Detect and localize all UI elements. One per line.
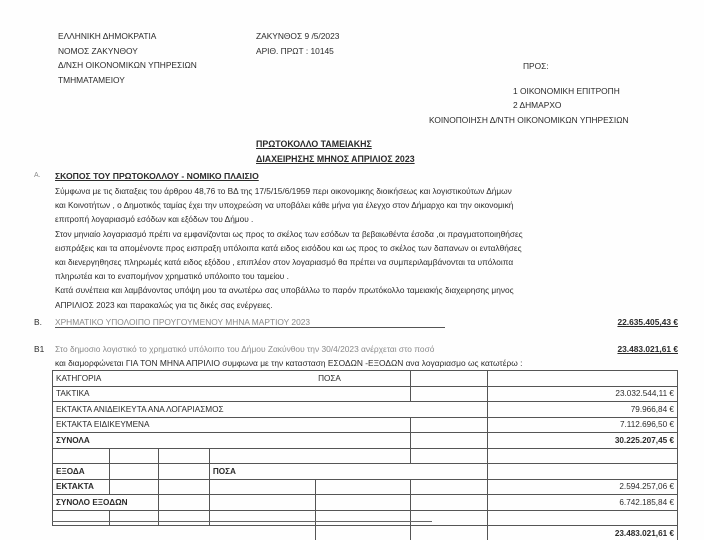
expense-amount-header: ΠΟΣΑ: [209, 464, 487, 480]
expense-total-amount: 6.742.185,84 €: [488, 495, 678, 511]
amount-cell: 7.112.696,50 €: [488, 417, 678, 433]
paragraph-line: Στον μηνιαίο λογαριασμό πρέπι να εμφανίζ…: [55, 227, 523, 241]
cc-recipient: ΚΟΙΝΟΠΟΙΗΣΗ Δ/ΝΤΗ ΟΙΚΟΝΟΜΙΚΩΝ ΥΠΗΡΕΣΙΩΝ: [429, 115, 629, 125]
paragraph-line: και διενεργηθησες πληρωμές κατά ειδος εξ…: [55, 255, 523, 269]
category-header: ΚΑΤΗΓΟΡΙΑ: [53, 371, 316, 387]
recipient-item: 2 ΔΗΜΑΡΧΟ: [513, 100, 561, 110]
section-a-paragraph: Σύμφωνα με τις διαταξεις του άρθρου 48,7…: [55, 184, 523, 312]
section-b1-line2: και διαμορφώνεται ΓΙΑ ΤΟΝ ΜΗΝΑ ΑΠΡΙΛΙΟ σ…: [55, 358, 522, 368]
table-total-row: ΣΥΝΟΛΑ 30.225.207,45 €: [53, 433, 678, 449]
expense-total-label: ΣΥΝΟΛΟ ΕΞΟΔΩΝ: [53, 495, 159, 511]
title-line: ΠΡΩΤΟΚΟΛΛΟ ΤΑΜΕΙΑΚΗΣ: [256, 137, 415, 152]
section-b-label: ΧΡΗΜΑΤΙΚΟ ΥΠΟΛΟΙΠΟ ΠΡΟΥΓΟΥΜΕΝΟΥ ΜΗΝΑ ΜΑΡ…: [55, 317, 445, 328]
category-cell: ΕΚΤΑΚΤΑ ΕΙΔΙΚΕΥΜΕΝΑ: [53, 417, 411, 433]
table-total-row: ΣΥΝΟΛΟ ΕΞΟΔΩΝ 6.742.185,84 €: [53, 495, 678, 511]
previous-balance-amount: 22.635.405,43 €: [617, 317, 678, 327]
table-row: ΕΚΤΑΚΤΑ 2.594.257,06 €: [53, 479, 678, 495]
section-b1-marker: Β1: [34, 344, 44, 354]
section-b1-line1: Στο δημοσιο λογιστικό το χρηματικό υπόλο…: [55, 344, 434, 354]
recipients-label: ΠΡΟΣ:: [523, 61, 549, 71]
total-label: ΣΥΝΟΛΑ: [53, 433, 411, 449]
paragraph-line: Σύμφωνα με τις διαταξεις του άρθρου 48,7…: [55, 184, 523, 198]
document-meta: ΖΑΚΥΝΘΟΣ 9 /5/2023 ΑΡΙΘ. ΠΡΩΤ : 10145: [256, 29, 339, 58]
expense-category-header: ΕΞΟΔΑ: [53, 464, 110, 480]
title-line: ΔΙΑΧΕΙΡΗΣΗΣ ΜΗΝΟΣ ΑΠΡΙΛΙΟΣ 2023: [256, 152, 415, 167]
table-row: ΕΚΤΑΚΤΑ ΑΝΙΔΕΙΚΕΥΤΑ ΑΝΑ ΛΟΓΑΡΙΑΣΜΟΣ 79.9…: [53, 402, 678, 418]
paragraph-line: ΑΠΡΙΛΙΟΣ 2023 και παρακαλώς για τις δικέ…: [55, 298, 523, 312]
section-b-marker: Β.: [34, 317, 42, 327]
previous-balance-label: ΧΡΗΜΑΤΙΚΟ ΥΠΟΛΟΙΠΟ ΠΡΟΥΓΟΥΜΕΝΟΥ ΜΗΝΑ ΜΑΡ…: [55, 317, 310, 327]
table-row: ΕΚΤΑΚΤΑ ΕΙΔΙΚΕΥΜΕΝΑ 7.112.696,50 €: [53, 417, 678, 433]
paragraph-line: εισπράξεις και τα απομένοντε προς εισπρα…: [55, 241, 523, 255]
revenue-table: ΚΑΤΗΓΟΡΙΑ ΠΟΣΑ ΤΑΚΤΙΚΑ 23.032.544,11 € Ε…: [52, 370, 678, 540]
table-row: ΤΑΚΤΙΚΑ 23.032.544,11 €: [53, 386, 678, 402]
sender-line: ΝΟΜΟΣ ΖΑΚΥΝΘΟΥ: [58, 44, 197, 59]
expense-header-row: ΕΞΟΔΑ ΠΟΣΑ: [53, 464, 678, 480]
amount-cell: 79.966,84 €: [488, 402, 678, 418]
sender-line: Δ/ΝΣΗ ΟΙΚΟΝΟΜΙΚΩΝ ΥΠΗΡΕΣΙΩΝ: [58, 58, 197, 73]
balance-row: 23.483.021,61 €: [53, 526, 678, 540]
expense-category-cell: ΕΚΤΑΚΤΑ: [53, 479, 110, 495]
section-a-heading: ΣΚΟΠΟΣ ΤΟΥ ΠΡΩΤΟΚΟΛΛΟΥ - ΝΟΜΙΚΟ ΠΛΑΙΣΙΟ: [55, 171, 259, 181]
category-cell: ΤΑΚΤΙΚΑ: [53, 386, 411, 402]
recipient-item: 1 ΟΙΚΟΝΟΜΙΚΗ ΕΠΙΤΡΟΠΗ: [513, 86, 620, 96]
sender-block: ΕΛΛΗΝΙΚΗ ΔΗΜΟΚΡΑΤΙΑ ΝΟΜΟΣ ΖΑΚΥΝΘΟΥ Δ/ΝΣΗ…: [58, 29, 197, 87]
paragraph-line: Κατά συνέπεια και λαμβάνοντας υπόψη μου …: [55, 283, 523, 297]
amount-cell: 23.032.544,11 €: [488, 386, 678, 402]
document-title: ΠΡΩΤΟΚΟΛΛΟ ΤΑΜΕΙΑΚΗΣ ΔΙΑΧΕΙΡΗΣΗΣ ΜΗΝΟΣ Α…: [256, 137, 415, 167]
table-header-row: ΚΑΤΗΓΟΡΙΑ ΠΟΣΑ: [53, 371, 678, 387]
paragraph-line: επιτροπή λογαριασμό εσόδων και εξόδων το…: [55, 212, 523, 226]
section-a-marker: Α.: [34, 172, 41, 179]
category-cell: ΕΚΤΑΚΤΑ ΑΝΙΔΕΙΚΕΥΤΑ ΑΝΑ ΛΟΓΑΡΙΑΣΜΟΣ: [53, 402, 488, 418]
expense-amount-cell: 2.594.257,06 €: [488, 479, 678, 495]
protocol-number: ΑΡΙΘ. ΠΡΩΤ : 10145: [256, 44, 339, 59]
sender-line: ΕΛΛΗΝΙΚΗ ΔΗΜΟΚΡΑΤΙΑ: [58, 29, 197, 44]
total-amount: 30.225.207,45 €: [488, 433, 678, 449]
amount-header: ΠΟΣΑ: [315, 371, 411, 387]
place-date: ΖΑΚΥΝΘΟΣ 9 /5/2023: [256, 29, 339, 44]
paragraph-line: πληρωτέα και το εναπομήνον χρηματικό υπό…: [55, 269, 523, 283]
sender-line: ΤΜΗΜΑΤΑΜΕΙΟΥ: [58, 73, 197, 88]
table-spacer-row: [53, 510, 678, 526]
final-balance-amount: 23.483.021,61 €: [488, 526, 678, 540]
table-spacer-row: [53, 448, 678, 464]
paragraph-line: και Κοινοτήτων , ο Δημοτικός ταμίας έχει…: [55, 198, 523, 212]
current-balance-amount: 23.483.021,61 €: [617, 344, 678, 354]
bottom-rule: [52, 521, 432, 522]
